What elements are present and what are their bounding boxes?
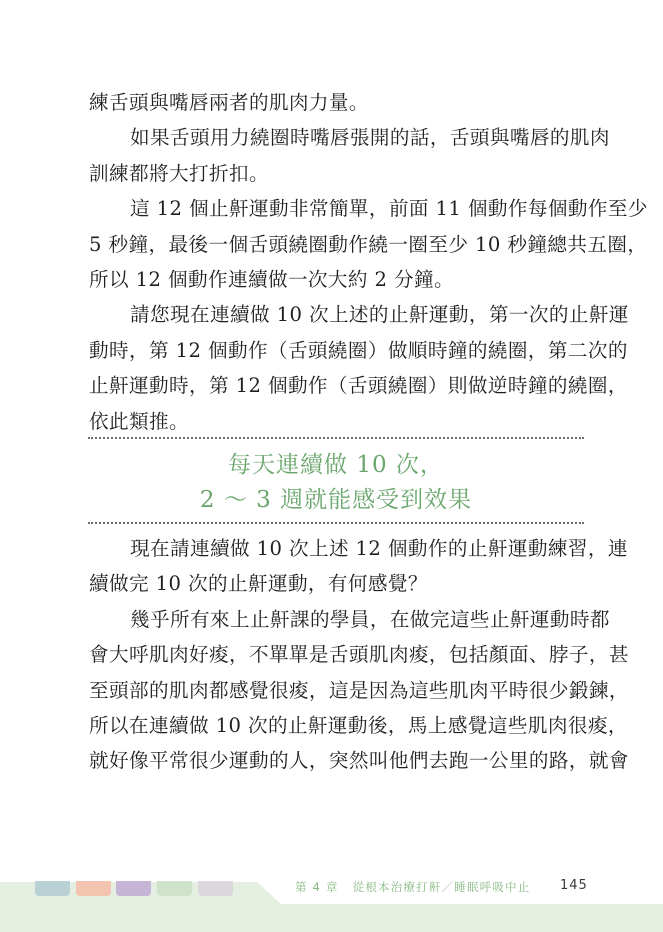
paragraph-3: 這 12 個止鼾運動非常簡單，前面 11 個動作每個動作至少 [89, 191, 583, 226]
text-line: 續做完 10 次的止鼾運動，有何感覺？ [89, 566, 583, 601]
paragraph-6-cont: 會大呼肌肉好痠，不單單是舌頭肌肉痠，包括顏面、脖子，甚 至頭部的肌肉都感覺很痠，… [89, 637, 583, 779]
chapter-title: 從根本治療打鼾／睡眠呼吸中止 [353, 880, 531, 894]
text-line: 請您現在連續做 10 次上述的止鼾運動，第一次的止鼾運 [89, 297, 583, 332]
text-line: 訓練都將大打折扣。 [89, 156, 583, 191]
text-line: 現在請連續做 10 次上述 12 個動作的止鼾運動練習，連 [89, 531, 583, 566]
body-text-top: 練舌頭與嘴唇兩者的肌肉力量。 如果舌頭用力繞圈時嘴唇張開的話，舌頭與嘴唇的肌肉 … [89, 85, 583, 439]
paragraph-5: 現在請連續做 10 次上述 12 個動作的止鼾運動練習，連 [89, 531, 583, 566]
text-line: 5 秒鐘，最後一個舌頭繞圈動作繞一圈至少 10 秒鐘總共五圈， [89, 227, 583, 262]
body-text-bottom: 現在請連續做 10 次上述 12 個動作的止鼾運動練習，連 續做完 10 次的止… [89, 531, 583, 779]
text-line: 幾乎所有來上止鼾課的學員，在做完這些止鼾運動時都 [89, 602, 583, 637]
text-line: 依此類推。 [89, 404, 583, 439]
chapter-label: 第 4 章 [295, 880, 339, 894]
page-number: 145 [560, 878, 588, 893]
text-line: 這 12 個止鼾運動非常簡單，前面 11 個動作每個動作至少 [89, 191, 583, 226]
text-line: 就好像平常很少運動的人，突然叫他們去跑一公里的路，就會 [89, 743, 583, 778]
paragraph-2-cont: 訓練都將大打折扣。 [89, 156, 583, 191]
text-line: 所以 12 個動作連續做一次大約 2 分鐘。 [89, 262, 583, 297]
chapter-tab-blue [35, 881, 70, 896]
chapter-tab-green [157, 881, 192, 896]
text-line: 練舌頭與嘴唇兩者的肌肉力量。 [89, 85, 583, 120]
running-footer: 第 4 章從根本治療打鼾／睡眠呼吸中止 [295, 879, 530, 895]
text-line: 會大呼肌肉好痠，不單單是舌頭肌肉痠，包括顏面、脖子，甚 [89, 637, 583, 672]
section-title-line-2: 2 ～ 3 週就能感受到效果 [88, 483, 584, 518]
text-line: 動時，第 12 個動作（舌頭繞圈）做順時鐘的繞圈，第二次的 [89, 333, 583, 368]
chapter-tab-purple [116, 881, 151, 896]
divider-top [88, 437, 584, 439]
text-line: 如果舌頭用力繞圈時嘴唇張開的話，舌頭與嘴唇的肌肉 [89, 120, 583, 155]
chapter-tab-gray [198, 881, 233, 896]
paragraph-5-cont: 續做完 10 次的止鼾運動，有何感覺？ [89, 566, 583, 601]
section-title-line-1: 每天連續做 10 次， [88, 448, 584, 483]
book-page: 練舌頭與嘴唇兩者的肌肉力量。 如果舌頭用力繞圈時嘴唇張開的話，舌頭與嘴唇的肌肉 … [0, 0, 663, 932]
chapter-tab-orange [76, 881, 111, 896]
section-title: 每天連續做 10 次， 2 ～ 3 週就能感受到效果 [88, 448, 584, 518]
text-line: 止鼾運動時，第 12 個動作（舌頭繞圈）則做逆時鐘的繞圈， [89, 368, 583, 403]
text-line: 至頭部的肌肉都感覺很痠，這是因為這些肌肉平時很少鍛鍊， [89, 673, 583, 708]
paragraph-1: 練舌頭與嘴唇兩者的肌肉力量。 [89, 85, 583, 120]
paragraph-6: 幾乎所有來上止鼾課的學員，在做完這些止鼾運動時都 [89, 602, 583, 637]
paragraph-3-cont: 5 秒鐘，最後一個舌頭繞圈動作繞一圈至少 10 秒鐘總共五圈， 所以 12 個動… [89, 227, 583, 298]
text-line: 所以在連續做 10 次的止鼾運動後，馬上感覺這些肌肉很痠， [89, 708, 583, 743]
divider-bottom [88, 522, 584, 524]
paragraph-4: 請您現在連續做 10 次上述的止鼾運動，第一次的止鼾運 [89, 297, 583, 332]
paragraph-2: 如果舌頭用力繞圈時嘴唇張開的話，舌頭與嘴唇的肌肉 [89, 120, 583, 155]
paragraph-4-cont: 動時，第 12 個動作（舌頭繞圈）做順時鐘的繞圈，第二次的 止鼾運動時，第 12… [89, 333, 583, 439]
